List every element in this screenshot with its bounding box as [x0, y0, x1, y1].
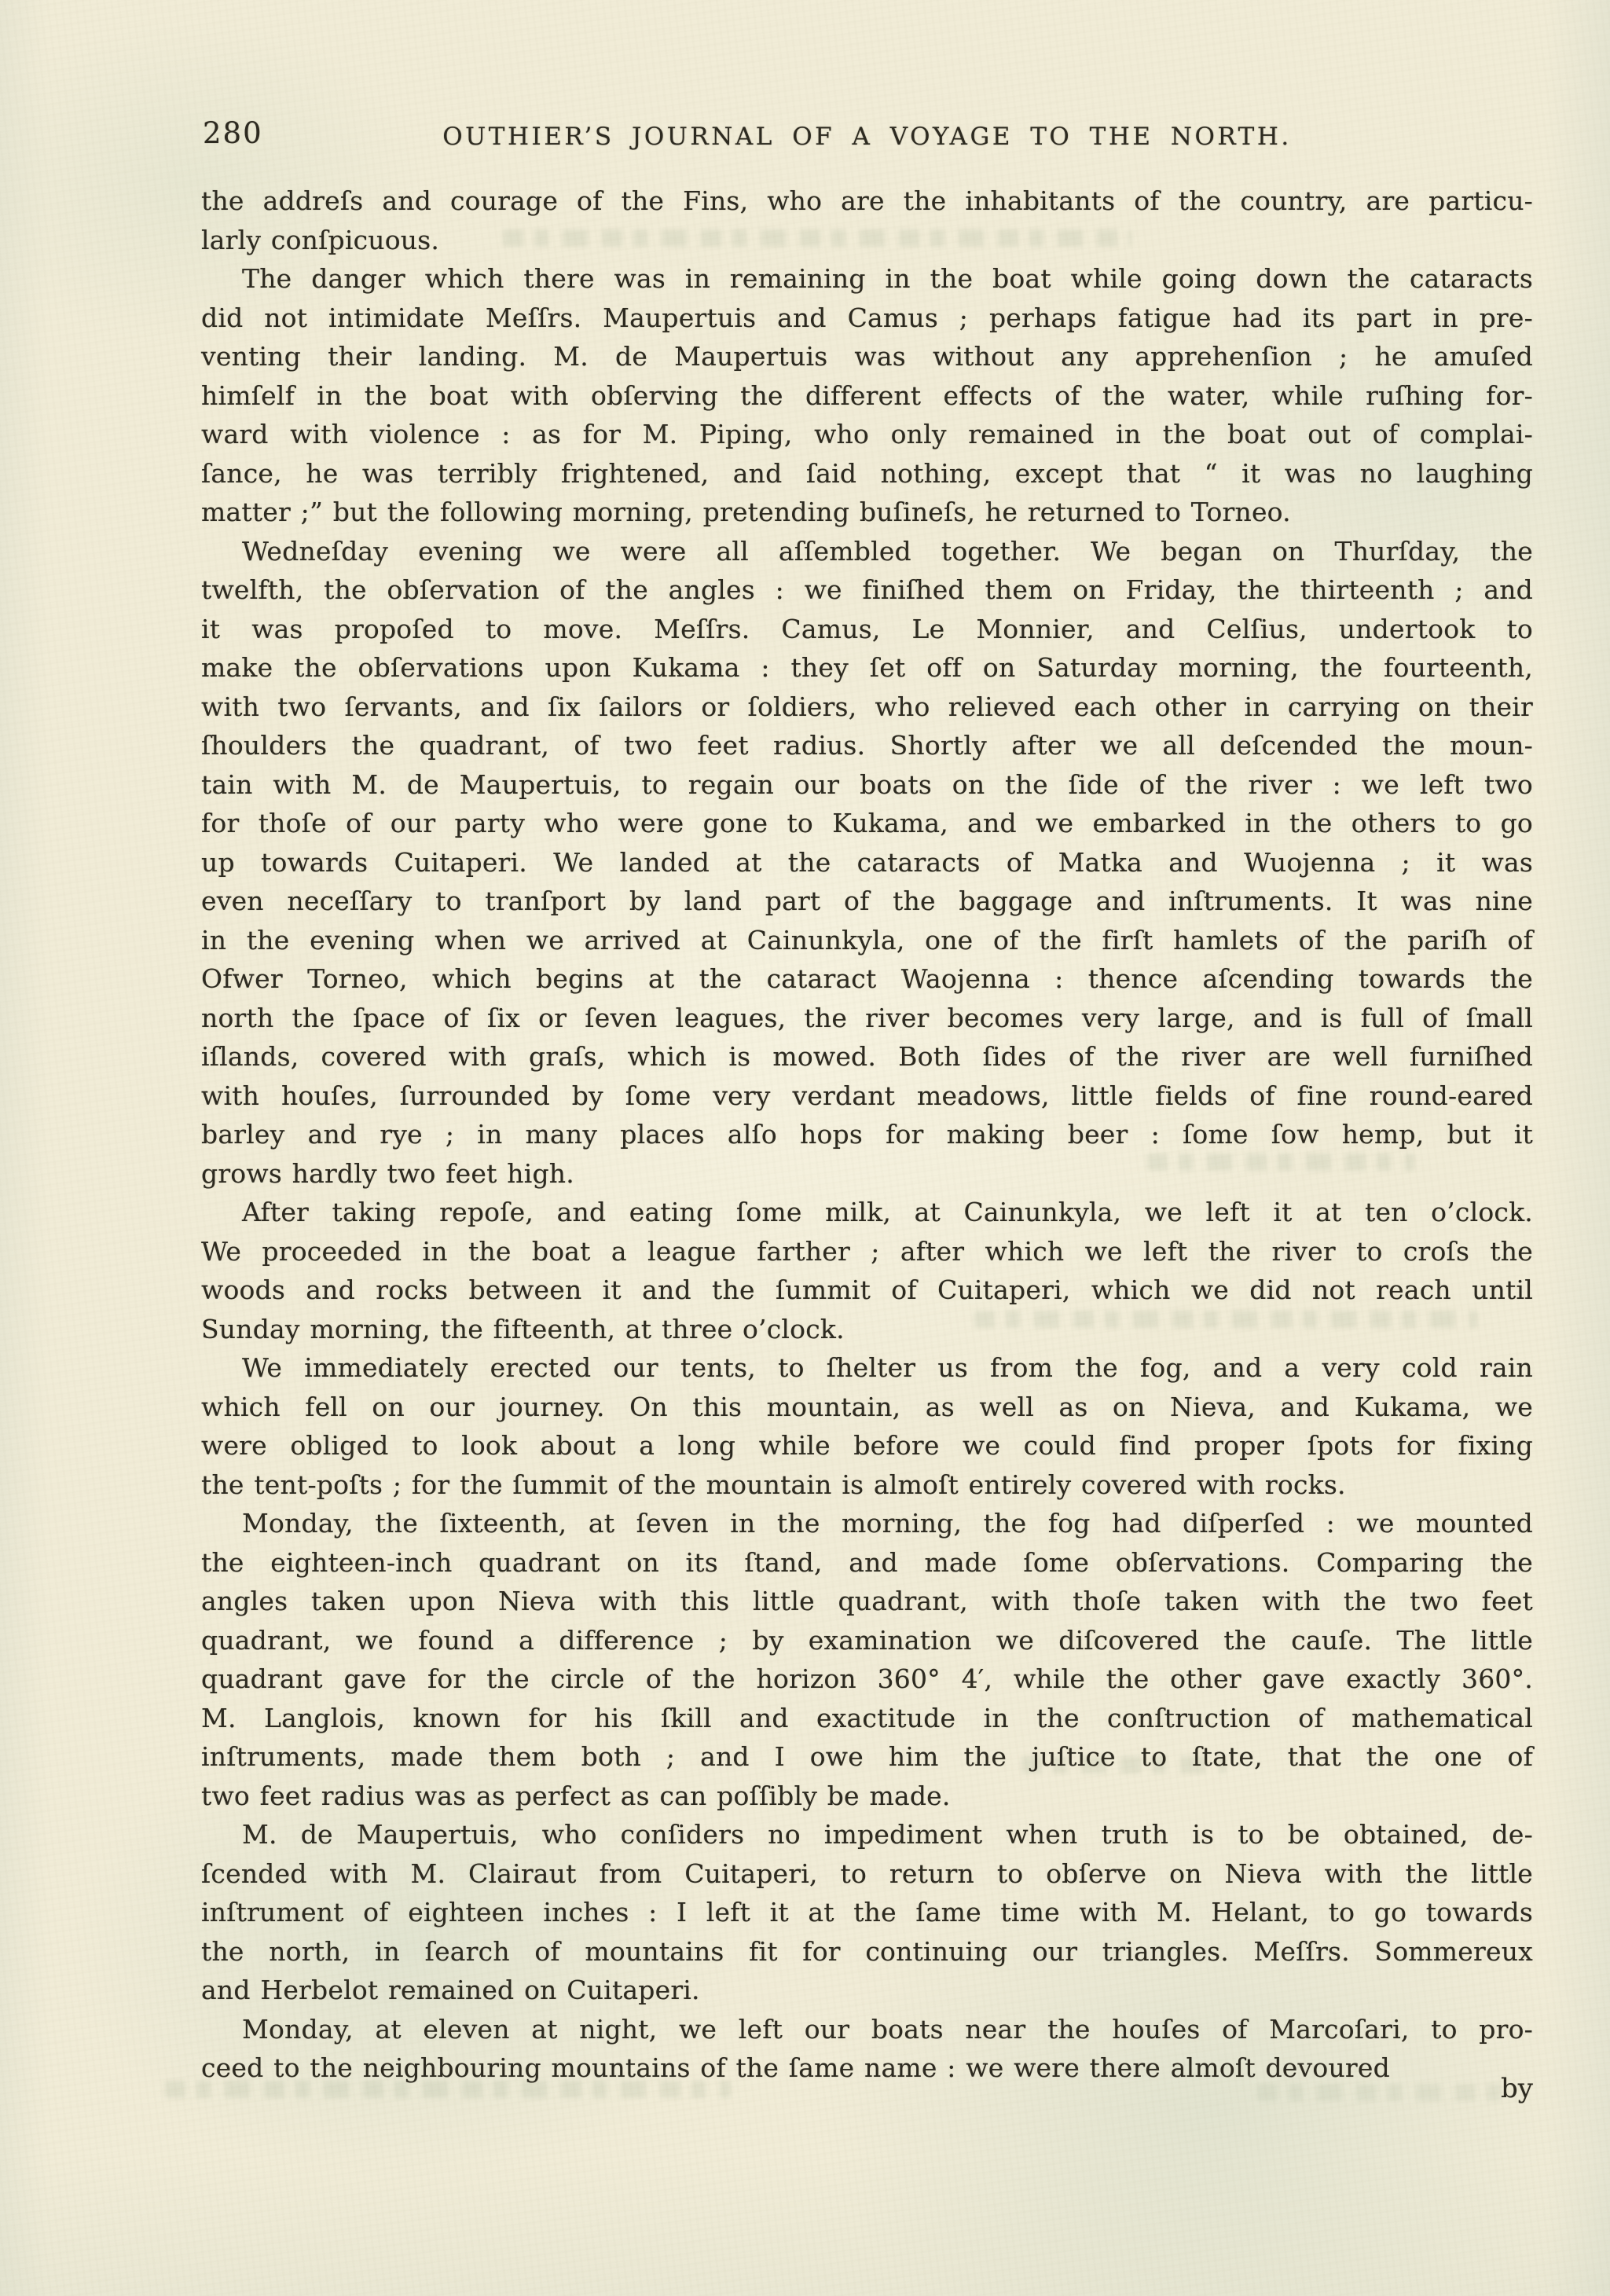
- text-line: the eighteen-inch quadrant on its ſtand,…: [201, 1543, 1533, 1583]
- text-line: inſtruments, made them both ; and I owe …: [201, 1737, 1533, 1777]
- running-header: OUTHIER’S JOURNAL OF A VOYAGE TO THE NOR…: [201, 123, 1533, 151]
- text-line: angles taken upon Nieva with this little…: [201, 1582, 1533, 1621]
- text-line: with two ſervants, and ſix ſailors or ſo…: [201, 688, 1533, 727]
- text-line: quadrant, we found a difference ; by exa…: [201, 1621, 1533, 1660]
- text-line: woods and rocks between it and the ſummi…: [201, 1271, 1533, 1310]
- text-line: We immediately erected our tents, to ſhe…: [201, 1348, 1533, 1388]
- text-line: Ofwer Torneo, which begins at the catara…: [201, 959, 1533, 999]
- text-line: M. Langlois, known for his ſkill and exa…: [201, 1699, 1533, 1738]
- text-line: two feet radius was as perfect as can po…: [201, 1777, 1533, 1816]
- text-line: tain with M. de Maupertuis, to regain ou…: [201, 765, 1533, 805]
- text-line: larly conſpicuous.: [201, 221, 1533, 260]
- text-line: it was propoſed to move. Meſſrs. Camus, …: [201, 610, 1533, 649]
- text-line: quadrant gave for the circle of the hori…: [201, 1660, 1533, 1699]
- text-line: which fell on our journey. On this mount…: [201, 1388, 1533, 1427]
- page-body: the addreſs and courage of the Fins, who…: [201, 182, 1533, 2088]
- text-line: Monday, at eleven at night, we left our …: [201, 2010, 1533, 2049]
- text-line: ſhoulders the quadrant, of two feet radi…: [201, 726, 1533, 765]
- text-line: even neceſſary to tranſport by land part…: [201, 882, 1533, 921]
- text-line: twelfth, the obſervation of the angles :…: [201, 570, 1533, 610]
- text-line: make the obſervations upon Kukama : they…: [201, 648, 1533, 688]
- text-line: Wedneſday evening we were all aſſembled …: [201, 532, 1533, 571]
- text-line: in the evening when we arrived at Cainun…: [201, 921, 1533, 960]
- text-line: matter ;” but the following morning, pre…: [201, 493, 1533, 532]
- text-line: grows hardly two feet high.: [201, 1154, 1533, 1194]
- text-line: The danger which there was in remaining …: [201, 259, 1533, 299]
- text-line: were obliged to look about a long while …: [201, 1426, 1533, 1465]
- text-line: with houſes, ſurrounded by ſome very ver…: [201, 1076, 1533, 1116]
- text-line: Sunday morning, the fifteenth, at three …: [201, 1310, 1533, 1349]
- text-line: the tent-poſts ; for the ſummit of the m…: [201, 1465, 1533, 1505]
- text-line: Monday, the ſixteenth, at ſeven in the m…: [201, 1504, 1533, 1543]
- text-line: ſance, he was terribly frightened, and ſ…: [201, 454, 1533, 493]
- text-line: M. de Maupertuis, who conſiders no imped…: [201, 1815, 1533, 1854]
- text-line: After taking repoſe, and eating ſome mil…: [201, 1193, 1533, 1232]
- text-line: himſelf in the boat with obſerving the d…: [201, 376, 1533, 416]
- catchword: by: [201, 2073, 1533, 2104]
- text-line: the addreſs and courage of the Fins, who…: [201, 182, 1533, 221]
- text-line: did not intimidate Meſſrs. Maupertuis an…: [201, 299, 1533, 338]
- book-page: 280 OUTHIER’S JOURNAL OF A VOYAGE TO THE…: [0, 0, 1610, 2296]
- text-line: barley and rye ; in many places alſo hop…: [201, 1115, 1533, 1154]
- text-line: ward with violence : as for M. Piping, w…: [201, 415, 1533, 454]
- text-line: north the ſpace of ſix or ſeven leagues,…: [201, 999, 1533, 1038]
- text-line: ſcended with M. Clairaut from Cuitaperi,…: [201, 1854, 1533, 1894]
- text-line: the north, in ſearch of mountains fit fo…: [201, 1932, 1533, 1971]
- text-line: up towards Cuitaperi. We landed at the c…: [201, 843, 1533, 882]
- text-line: inſtrument of eighteen inches : I left i…: [201, 1893, 1533, 1932]
- text-line: iſlands, covered with graſs, which is mo…: [201, 1037, 1533, 1076]
- text-line: We proceeded in the boat a league farthe…: [201, 1232, 1533, 1271]
- text-line: for thoſe of our party who were gone to …: [201, 804, 1533, 843]
- text-line: venting their landing. M. de Maupertuis …: [201, 337, 1533, 376]
- text-line: and Herbelot remained on Cuitaperi.: [201, 1971, 1533, 2010]
